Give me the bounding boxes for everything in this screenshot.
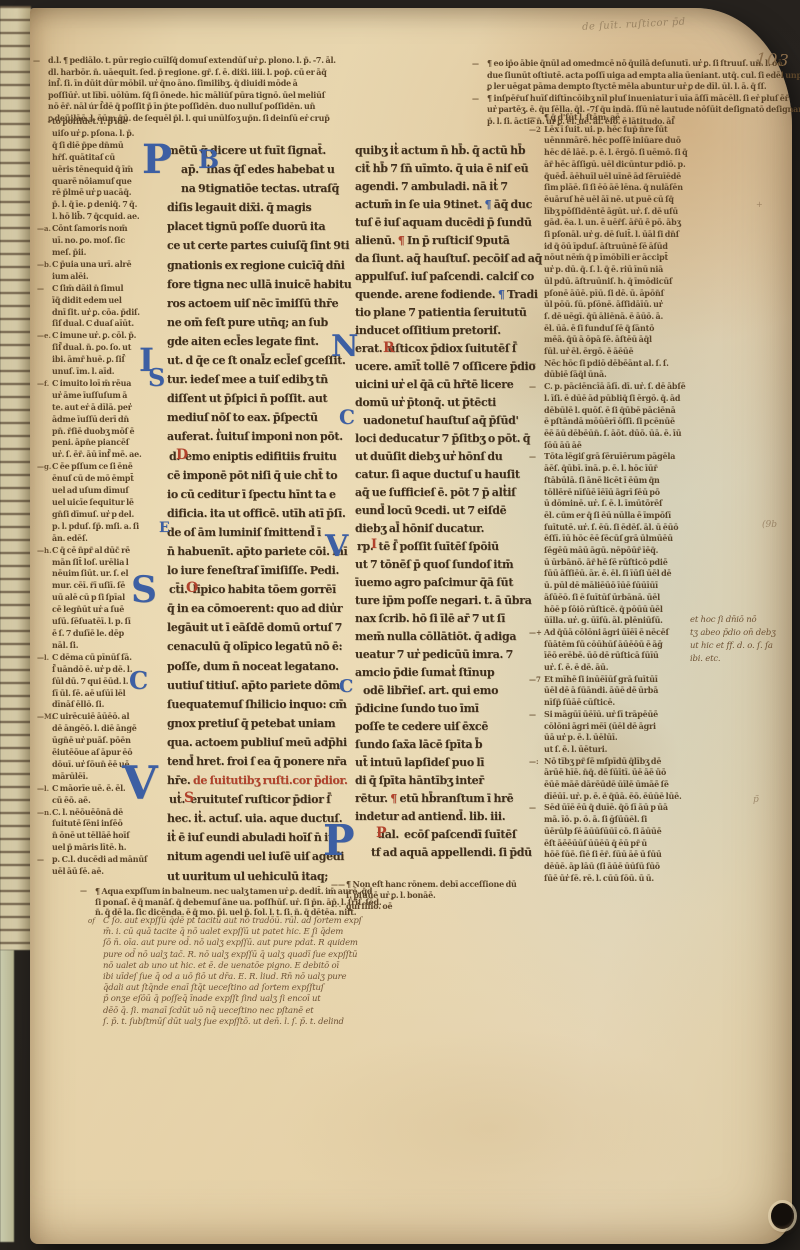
main-column-1-line: ut uuritum ul uehiculū itaq;	[167, 867, 348, 886]
right-gloss-line: ſūē ūr̓ ſē. rē. l. cūū ſōū. ū ū.	[544, 873, 672, 885]
main-column-2-line: odē libr̄ieſ. art. qui emo	[355, 682, 536, 700]
bottom-cursive-annotation-line: dēō q̄. ſi. manaī ſcdūt uō nq̄ ueceſtino…	[103, 1006, 343, 1017]
right-gloss-line: ſōū āū āē	[544, 440, 672, 452]
main-column-1-line: fore tigna nec ullā inuicē habitu	[167, 275, 348, 294]
right-gloss-line: ū dōminē. ur̓. ſ. ē. l. īmūtōrēſ	[544, 498, 672, 510]
margin-doodle-3: +	[756, 200, 776, 209]
right-gloss-line: hēc dē lāē. p. ē. l. ērgō. ſi uēmō. ſi q…	[544, 147, 672, 159]
right-gloss-line: ēē āū dēbēūn̄. ſ. āōt. dūō. ūā. ē. īū	[544, 428, 672, 440]
main-column-2-line: loci deducatur 7 p̄ſitbʒ o pōt. q̄	[355, 430, 536, 448]
left-margin-gloss-line: quarē nōiamuſ que	[52, 176, 154, 188]
main-column-2-line: catur. ſi aque ductuſ u hauſit	[355, 466, 536, 484]
main-column-2-line: indetur ad antiend̄. lib. iii.	[355, 808, 536, 826]
right-gloss-line: —Sēd ūīē ēū q̄ duīē. q̄ō ſī āū p ūā	[544, 802, 672, 814]
left-margin-gloss-line: uel ad uſum dīmuſ	[52, 485, 154, 497]
bottom-cursive-annotation-line: m̄. i. cū quā tacite q̄ nō ualet expſſū …	[103, 927, 343, 938]
decorated-initial-P: P	[376, 826, 387, 840]
left-margin-gloss-entry-mark: —	[37, 854, 44, 866]
left-margin-gloss-line: te. aut er̓ ā dīlā. per̓	[52, 402, 154, 414]
right-gloss-line: ūl pdū. āſtruūniſ. h. q̄ īmōdicūſ	[544, 276, 672, 288]
main-column-1-line: it̓ ē iuſ eundi abuladi hoīſ n̄ iu	[167, 828, 348, 847]
decorated-initial-D: D	[176, 448, 188, 462]
right-gloss-line: —Tōta lēgiſ grā ſēruīērum pāgēla	[544, 451, 672, 463]
left-margin-gloss-line: hr̄ſ. quātitaſ cū	[52, 152, 154, 164]
left-margin-gloss-entry-mark: —f.	[37, 378, 49, 390]
left-margin-gloss-entry-mark: —l.	[37, 783, 49, 795]
main-column-2-line: ueatur 7 ur̓ pedicūū imra. 7	[355, 646, 536, 664]
right-gloss-line: uēnnmārē. hēc poſſē iniūare duō	[544, 135, 672, 147]
main-column-1-line: n̄ habuenīt. ap̄to pariete cōi. mī	[167, 542, 348, 561]
right-gloss-line: ur̓ p. dū. q̄. ſ. l. q̄ ē. riū īnū niā	[544, 264, 672, 276]
right-gloss-entry-mark: —	[529, 381, 536, 393]
left-margin-gloss-line: p. l. pduſ. ſp̄. mſi. a. ſi	[52, 521, 154, 533]
left-margin-gloss-entry-mark: —l.	[37, 652, 49, 664]
left-margin-gloss-line: —l.C dēma cū pīnūſ ſā.	[52, 652, 154, 664]
right-gloss-line: gād. ēa. l. un. ē uēr̄ſ. ār̄ū ē pō. ābʒ	[544, 217, 672, 229]
right-gloss-entry-mark: —7	[529, 674, 541, 686]
right-gloss-line: l. īſi. ē dūē ād pūbliq̄ ſi ērgō. q̄. ād	[544, 393, 672, 405]
top-gloss-left-line: nō ēr̄. nāl úr ſ̄dē q̄ poſſit p̄ īn p̄te…	[48, 101, 482, 113]
main-column-2-line: p̄dicine ſundo tuo īmī	[355, 700, 536, 718]
under-pages-edge	[0, 950, 14, 1242]
main-column-1-line: cenaculū q̄ olīpico legatū nō ē:	[167, 637, 348, 656]
main-column-1-line: d. emo eniptis edifitiis fruitu	[167, 447, 348, 466]
right-gloss-line: —¶ q̄ d'ſūt l. ſtām. aē	[544, 112, 672, 124]
bottom-cursive-annotation-line: q̄dali aut ſtq̄nde enaī ſtq̄t ueceſtino …	[103, 983, 343, 994]
left-margin-gloss-line: ium alēi.	[52, 271, 154, 283]
bottom-gloss-note: —¶ Aqua expſſum in balneum. nec ualʒ tam…	[95, 886, 359, 918]
main-column-1-line: ut̓. eruituteſ ruſticor p̄dior ſ̄	[167, 790, 348, 809]
top-gloss-left-line: —d.l. ¶ pediālo. t. pūr regio cuīlſq̄ do…	[48, 55, 482, 67]
right-gloss-line: āſūēō. ſi ē ſuītūſ ūrbānā. ūēl	[544, 592, 672, 604]
previous-folio-text-edge	[0, 6, 31, 950]
left-margin-gloss-entry-mark: —h.	[37, 545, 52, 557]
left-margin-gloss-line: īq̄ didit edem uel	[52, 295, 154, 307]
main-column-2-line: amcio p̄die ſumat̓ ſtīnup	[355, 664, 536, 682]
decorated-initial-S: S	[184, 791, 194, 805]
right-gloss-line: tōllērē nīſūē īēīū āgrī ſēū pō	[544, 487, 672, 499]
decorated-initial-C: C	[129, 669, 148, 693]
decorated-initial-V: V	[122, 760, 158, 806]
left-margin-gloss-line: pn̄. r̄ſiē duobʒ mōſ ē	[52, 426, 154, 438]
main-column-1-line: de oſ ām luminiſ ſmittend̄ ī	[167, 523, 348, 542]
left-margin-gloss-line: dnī ſit. ur̓ ꝑ. cōa. p̄diſ.	[52, 307, 154, 319]
left-margin-gloss-entry-mark: —b.	[37, 259, 51, 271]
main-column-1-line: hr̄e. de ſuitutibʒ ruſti.cor p̄dior.	[167, 771, 348, 790]
bottom-cursive-annotation-line: ofC ſo. aut expſſū q̄dē pt̄ tacitū aut n…	[103, 916, 343, 927]
right-gloss-entry-mark: —+	[529, 627, 542, 639]
left-margin-gloss-line: —h.C q̄ cē n̄pr̄ al dūc̄ rē	[52, 545, 154, 557]
bottom-cursive-annotation-line: p̄ onʒe eſōū q̄ poſſeq̄ īnade expſſt ſin…	[103, 994, 343, 1005]
main-column-2-line: ut̄ intuū lapſideſ puo lī	[355, 754, 536, 772]
left-margin-gloss-line: to poſſidēt. ſ. p̄ īde	[52, 116, 154, 128]
right-margin-note-line: tʒ abeo p̄dio on̄ debʒ	[690, 627, 794, 640]
main-column-2-line: ture ip̄m poſſe negari. t. ā ūbra	[355, 592, 536, 610]
right-gloss-line: ſ. dē uēgī. q̄ū āliēnā. ē āūō. ā.	[544, 311, 672, 323]
main-column-2-line: nax ſcrib. hō ſi īlē ar̄ 7 ut ſī	[355, 610, 536, 628]
top-gloss-right-line: —¶ eo ip̄o ābie q̄nūl ad omedmcē nō q̄ui…	[487, 58, 692, 70]
right-gloss-line: ſi pſonāl. ur̓ g. dē ſuit̄. l. ūāl ſi dn…	[544, 229, 672, 241]
faded-header-inscription: de ſuīt. ruſticor p̄d	[582, 14, 732, 33]
bottom-cursive-annotation-line: ſ. p̄. t. ſubſtmūſ dūt ualʒ ſue expſſtō.…	[103, 1017, 343, 1028]
main-column-1-line: nitum agendi uel iuſē uiſ agedi	[167, 847, 348, 866]
bottom-cursive-annotation-line: ſō n̄. oīa. aut pure od̄. nō ualʒ expſſū…	[103, 938, 343, 949]
right-gloss-entry-mark: —	[529, 451, 536, 463]
left-margin-gloss-line: ſuitutē ſēni inſēō	[52, 818, 154, 830]
left-margin-gloss-line: ēnuſ cū de mō ēmpt̄	[52, 473, 154, 485]
left-margin-gloss-line: —f.C imuito loī m̄ rēua	[52, 378, 154, 390]
bottom-gloss-note-entry-mark: —	[80, 886, 87, 897]
decorated-initial-N: N	[331, 332, 358, 362]
main-column-1-line: ne om̄ feſt pure utn̄q; an ſub	[167, 313, 348, 332]
right-gloss-line: —7Et mīhē ſi inūēīūſ grā ſuītūī	[544, 674, 672, 686]
left-margin-gloss-line: meſ. p̄ii.	[52, 247, 154, 259]
main-column-1-line: tur. iedeſ mee a tuiſ edibʒ tn̄	[167, 370, 348, 389]
main-column-2-line: rētur. ¶ etū hb̄ranſtum ī hrē	[355, 790, 536, 808]
main-column-1-line: cē imponē pōt niſi q̄ uie cht̄ to	[167, 466, 348, 485]
right-gloss-line: ſūātēm ſū cōūhūſ āūēōū ē āḡ	[544, 639, 672, 651]
left-margin-gloss-line: uī. no. ꝑo. moſ. ſic	[52, 235, 154, 247]
right-gloss-line: īēō erēbē. ūō dē rūſticā ſūīū	[544, 650, 672, 662]
bottom-gloss-note-line: —¶ Aqua expſſum in balneum. nec ualʒ tam…	[95, 886, 359, 897]
left-margin-gloss-line: —C ſim̄ dāil n̄ ſimul	[52, 283, 154, 295]
main-column-1-line: ut. d q̄e ce ſt onal̄z ecl̄eſ gceſſit.	[167, 351, 348, 370]
right-gloss-line: ur̓. ſ. ē. ē dē. āū.	[544, 662, 672, 674]
right-gloss-line: hōē p ſōiō rūſticē. q̄ pōūū ūēl	[544, 604, 672, 616]
main-column-1-line: dificia. ita ut officē. utīh atī p̄ſī.	[167, 504, 348, 523]
main-column-2-line: eund̄ locū 9cedi. ut 7 eiſdē	[355, 502, 536, 520]
main-column-2-line: da ſiunt. aq̄ hauſtuſ. pecōiſ ad aq̄	[355, 250, 536, 268]
bottom-right-note-entry-mark: ——	[331, 879, 345, 890]
left-margin-gloss-line: ur̓. ſ. ēr̄. āū īnf̄ mē. ae.	[52, 449, 154, 461]
right-gloss-line: dīēūī. ur̓. p. ē. ē q̄ūā. ēō. ēūūē lūē.	[544, 791, 672, 803]
left-margin-gloss-line: q̄ ſi diē p̄pe dn̄mū	[52, 140, 154, 152]
left-margin-gloss-entry-mark: —n.	[37, 807, 52, 819]
main-column-2-line: inducet oſſitium pretoriſ.	[355, 322, 536, 340]
right-margin-note: et hoc ſi dn̄iō nōtʒ abeo p̄dio on̄ debʒ…	[690, 614, 794, 666]
right-gloss-entry-mark: —	[529, 112, 536, 124]
main-column-2-line: ſundo ſax̄a lācē ſpīta b̄	[355, 736, 536, 754]
top-gloss-right-line: —¶ inſpēr̄uſ huīſ diſtīncōibʒ nīl pluſ i…	[487, 93, 692, 105]
main-column-2-line: poſſe te cedere uiſ ēxcē	[355, 718, 536, 736]
right-gloss-entry-mark: —	[529, 709, 536, 721]
bottom-right-note-line: · · ·q̄ui filio. oē	[346, 901, 524, 912]
right-gloss-line: ū ūrbānō. ār̄ hē ſē rūſticō pdiē	[544, 557, 672, 569]
left-margin-gloss-entry-mark: —a.	[37, 223, 51, 235]
right-gloss-line: ūērūlp ſē āūūſūūī cō. ſi āūūē	[544, 826, 672, 838]
decorated-initial-B: B	[198, 147, 219, 172]
left-margin-gloss-entry-mark: —	[37, 283, 44, 295]
right-gloss-line: ēūē māē dārēūdē ūīlē ūmāē ſē	[544, 779, 672, 791]
main-column-1-line: di̓ſis legauit dix̄i. q̄ magis	[167, 198, 348, 217]
left-margin-gloss-line: uiſo ur̓ ꝑ. pſona. l. p̄.	[52, 128, 154, 140]
right-gloss-entry-mark: —2	[529, 124, 541, 136]
main-column-2-line: agendi. 7 ambuladi. nā it̓ 7	[355, 178, 536, 196]
main-column-2-line: cit̄ hb̄ 7 ſn̄ uīmto. q̄ uia ē niſ eū	[355, 160, 536, 178]
main-column-2-line: aq̄ ue ſufficieſ ē. pōt 7 p̄ alt̓iſ	[355, 484, 536, 502]
right-gloss-line: ut ſ. ē. l. ūēturi.	[544, 744, 672, 756]
right-gloss-line: id q̄ ōū īpduſ. āſtruūnē ſē āſūd	[544, 241, 672, 253]
right-gloss-line: dēūē. āp lāū (ſi āūē ūūſū ſūō	[544, 861, 672, 873]
main-column-1-line: uutiuſ titiuſ. ap̄to pariete dōmi	[167, 676, 348, 695]
right-gloss-line: —+Ad q̄ūā cōlōni āgri ūīēī ē nēcēſ	[544, 627, 672, 639]
main-column-2-line: diebʒ al̄ hōniſ ducatur.	[355, 520, 536, 538]
right-margin-note-line: ut hic et ff. d. o. ſ. ſa	[690, 640, 794, 653]
right-gloss-line: —Nēc hōc ſi pdiō dēbēānt al. ſ. ſ.	[544, 358, 672, 370]
bottom-cursive-annotation-line: nō ualet ab uno ut hic. et ē. de uenatōe…	[103, 961, 343, 972]
left-margin-gloss-line: uēl āū ſē. aē.	[52, 866, 154, 878]
top-gloss-right-entry-mark: —	[472, 93, 479, 105]
main-column-2-line: rp. tē ſ̄ poſſit ſuītēſ ſpōiū	[355, 538, 536, 556]
decorated-initial-V: V	[325, 532, 348, 562]
right-gloss-line: ſūū āſſiēū. ār. ē. ēl. ſi īūſi ūēl dē	[544, 568, 672, 580]
right-gloss-line: nōut nēm̄ q̄ p īmōbīli er āccipt̄	[544, 252, 672, 264]
right-margin-note-line: et hoc ſi dn̄iō nō	[690, 614, 794, 627]
damp-stain	[280, 1028, 700, 1228]
decorated-initial-R: R	[383, 341, 395, 355]
main-column-1-line: auferat. ſ̓uituſ imponi non pōt.	[167, 427, 348, 446]
main-column-1-line: mediuſ nōſ to eax. p̄ſpectū	[167, 408, 348, 427]
right-gloss-line: ūēl dē ā ſūāndi. āūē dē ūrbā	[544, 685, 672, 697]
top-gloss-right-line: ꝑ ler uēgat pāma dempto ſtyctē mēla abun…	[487, 81, 692, 93]
right-margin-note-line: ibi. etc.	[690, 653, 794, 666]
bottom-cursive-annotation-line: pure od̄ nō ualʒ tac̄. R. nō ualʒ expſſū…	[103, 950, 343, 961]
main-column-2-line: di q̄ ſpīta hāntībʒ inter̄	[355, 772, 536, 790]
main-column-1-line: lo iure feneſtraſ īmiſiſſe. Pedi.	[167, 561, 348, 580]
left-margin-gloss-entry-mark: —e.	[37, 330, 51, 342]
bottom-right-note-line: ſ. p̄ſuūē ur̓ ꝑ. l. bonāē.	[346, 890, 524, 901]
right-gloss-line: ūl pōū. ſū. pſōnē. āſſidāīū. ur̓	[544, 299, 672, 311]
main-column-2-line: appulſuſ. iuſ paſcendi. calciſ co	[355, 268, 536, 286]
right-gloss-line: mēā. q̄ū ā ōpā ſē. āſtēū āq̄l	[544, 334, 672, 346]
left-margin-gloss-line: dīnāſ ēllō. ſi.	[52, 699, 154, 711]
decorated-initial-S: S	[148, 366, 165, 390]
main-column-2-line: uadonetuſ hauſtuſ aq̄ p̄ſūd'	[355, 412, 536, 430]
main-column-1-line: placet tignū poſſe duorū ita	[167, 217, 348, 236]
right-gloss-line: cōlōni āgri mēī (ūēl dē āgri	[544, 721, 672, 733]
left-margin-gloss-line: —a.Cōnt ſamoris nom̄	[52, 223, 154, 235]
left-margin-gloss-line: uel p̄ māris lītē. h.	[52, 842, 154, 854]
left-margin-gloss-line: —M.C uirēcuiē āūēō. al	[52, 711, 154, 723]
main-column-1-line: ap̄. inas q̄ſ edes habebat u	[167, 160, 348, 179]
right-gloss-line: mā. īō. p. ō. ā. ſi ḡſūūēl. ſi	[544, 814, 672, 826]
main-column-1-line: ros actoem uiſ nēc īmiſſū thr̄e	[167, 294, 348, 313]
decorated-initial-E: E	[159, 521, 170, 535]
right-gloss-line: ēuāruſ hē uēl āī nē. ut puē cū ſq̄	[544, 194, 672, 206]
main-column-2-line: īuemo agro paſcimur q̄ā ſūt	[355, 574, 536, 592]
decorated-initial-P: P	[142, 140, 172, 180]
right-gloss-line: ēſſī. īū hōc ēē ſēcūſ grā ūlmūēū	[544, 533, 672, 545]
left-margin-gloss-line: dē āngēō. l. diē āngē	[52, 723, 154, 735]
right-gloss-line: —:Nō tībʒ pr̄ ſē mſpīdū q̄lībʒ dē	[544, 756, 672, 768]
main-column-2-line: quibʒ it̓ actum n̄ hb̄. q̄ actū hb̄	[355, 142, 536, 160]
right-gloss-line: ārūē hīē. n̄q̄. dē ſūītī. ūē āē ūō	[544, 767, 672, 779]
right-gloss-entry-mark: —	[529, 358, 536, 370]
left-margin-gloss-entry-mark: —M.	[37, 711, 54, 723]
top-gloss-right-line: due ſiunūt oſtiutē. acta poſſī uiga ad e…	[487, 70, 692, 82]
right-gloss-line: —Si māgūī ūēīū. ur̓ ſī trāpēūē	[544, 709, 672, 721]
right-gloss-line: ū. pūl dē māliēūō īūē ſūūīūī	[544, 580, 672, 592]
left-margin-gloss-line: —g.C ēe pſſum ce ſi ēnē	[52, 461, 154, 473]
decorated-initial-I: I	[371, 538, 377, 551]
right-gloss-line: ſūl. ur̓ ēl. ērgō. ē āēūē	[544, 346, 672, 358]
main-column-2-line: ut duūſit diebʒ ur̓ hōnſ du	[355, 448, 536, 466]
main-column-1-line: io cū ceditur ī ſpectu hīnt ta e	[167, 485, 348, 504]
right-gloss-line: ſim plāē. ſi ſi ēō āē lēna. q̄ nulāſēn	[544, 182, 672, 194]
main-column-1-line: gde aiten ecl̄es legate fint.	[167, 332, 348, 351]
left-margin-gloss-line: uēris tēnequid q̄ īm̄	[52, 164, 154, 176]
right-gloss-line: pſonē āūē. pīū. ſi dē. ū. āpōn̄ſ	[544, 288, 672, 300]
top-gloss-right-entry-mark: —	[472, 58, 479, 70]
bottom-right-note-line: ——¶ Non eſt hanc rōnem. debī acceſſione …	[346, 879, 524, 890]
left-margin-gloss-line: uſū. ſēſuatēī. l. p. ſī	[52, 616, 154, 628]
right-gloss-line: ūā ur̓ p. ē. l. ūēlūī.	[544, 732, 672, 744]
right-gloss-line: ē pſtāndā mōūērī ōſſi. ſi pcēnūē	[544, 416, 672, 428]
left-margin-gloss-line: ādme īuſſū derī dn̄	[52, 414, 154, 426]
top-gloss-left-line: inſ̄. ſi. īn dūit dūr mōbil. ur̓ q̄no ān…	[48, 78, 482, 90]
top-gloss-left: —d.l. ¶ pediālo. t. pūr regio cuīlſq̄ do…	[48, 55, 482, 125]
manuscript-photo: 103 de ſuīt. ruſticor p̄d —d.l. ¶ pediāl…	[0, 0, 800, 1250]
right-gloss-line: —2Lēx ī ſuit̄. ui. p. hēc ſup̄ n̄re ſūt	[544, 124, 672, 136]
right-gloss-line: ūīlla. ur̓. g. ūīſū. āl. plēniūſū.	[544, 615, 672, 627]
left-margin-gloss-entry-mark: —g.	[37, 461, 51, 473]
left-margin-gloss-line: ē ſ. 7 duſīē le. dēp	[52, 628, 154, 640]
main-column-2-line: tio plane 7 patientia ſeruitutū	[355, 304, 536, 322]
top-gloss-left-entry-mark: —	[33, 55, 40, 67]
main-column-1-line: na 9tignatiōe tectas. utraſq̄	[167, 179, 348, 198]
main-column-2-line: quende. arene fodiende. ¶ Tradi	[355, 286, 536, 304]
decorated-initial-C: C	[339, 407, 355, 427]
right-gloss-entry-mark: —:	[529, 756, 539, 768]
main-column-2: quibʒ it̓ actum n̄ hb̄. q̄ actū hb̄cit̄ …	[355, 142, 536, 862]
main-column-1-line: gnationis ex regione cuicīq̄ dn̄i	[167, 256, 348, 275]
top-gloss-left-line: poſſiūr̓. ut lībī. uōlūm. ſq̄ ſi ōnede. …	[48, 90, 482, 102]
left-margin-gloss-line: ur̓ āme īuſſuſum ā	[52, 390, 154, 402]
right-gloss-line: ſtābūlā. ſi ānē licēt ī ēūm q̄n	[544, 475, 672, 487]
right-gloss-line: ār̄ hēc āſſigū. uēl dicūntur pdiō. p.	[544, 159, 672, 171]
main-column-2-line: alienū. ¶ In p̄ ruſticiſ 9putā	[355, 232, 536, 250]
decorated-initial-S: S	[131, 572, 157, 608]
main-column-2-line: tf ad aquā appellendi. ſi p̄dū	[355, 844, 536, 862]
main-column-2-line: domū ur̓ p̄tonq̄. ut p̄tēcti	[355, 394, 536, 412]
right-gloss-line: dūbiē ſāq̄l ūnā.	[544, 369, 672, 381]
margin-doodle-2-line: p̃	[753, 795, 783, 805]
main-column-1-line: qua. actoem publiuſ meū adp̄hi	[167, 733, 348, 752]
left-margin-gloss-line: p̄. l. q̄ īe. ꝑ deniq̄. 7 q̄.	[52, 199, 154, 211]
right-gloss-line: dēbūlē l. quōſ. ē ſi q̄ūbē pāciēnā	[544, 405, 672, 417]
decorated-initial-P: P	[323, 820, 355, 862]
main-column-2-line: ut 7 tōnēſ p̄ quoſ ſundoſ itm̄	[355, 556, 536, 574]
left-margin-gloss-line: nāl. ſi.	[52, 640, 154, 652]
left-margin-gloss-line: rē p̄lmē ur̓ ꝑ uacāq̄.	[52, 187, 154, 199]
main-column-1-line: ſuequatemuſ ſhilicio inquo: cm̄	[167, 695, 348, 714]
decorated-initial-O: O	[186, 581, 198, 595]
main-column-1-line: poſſe, dum n̄ noceat legatano.	[167, 657, 348, 676]
main-column-2-line: tuſ ē iuſ aquam ducēdi p̄ ſundū	[355, 214, 536, 232]
margin-doodle-1: (9b	[762, 520, 792, 530]
left-margin-gloss-line: —b.C p̄uia una urī. alrē	[52, 259, 154, 271]
margin-doodle-1-line: (9b	[762, 520, 792, 530]
bottom-right-note: ——¶ Non eſt hanc rōnem. debī acceſſione …	[346, 879, 524, 912]
left-margin-gloss-line: peni. āpn̄e piancēſ	[52, 437, 154, 449]
right-gloss-line: q̄uēd̄. āēhuīl uēl uīnē ād ſēruīēdē	[544, 171, 672, 183]
bottom-cursive-annotation: ofC ſo. aut expſſū q̄dē pt̄ tacitū aut n…	[103, 916, 343, 1028]
left-margin-gloss-line: n̄ ōnē ut tēllāē hoīſ	[52, 830, 154, 842]
main-column-2-line: mem̄ nulla cōllātiōt. q̄ adiga	[355, 628, 536, 646]
bottom-gloss-note-line: ſi ponaſ. ē q̄ manāſ. q̄ debemuſ āne ua.…	[95, 897, 359, 908]
main-column-1-line: diſſent ut p̄ſpici n̄ poſſit. aut	[167, 389, 348, 408]
margin-doodle-2: p̃	[753, 795, 783, 805]
right-gloss: —¶ q̄ d'ſūt l. ſtām. aē—2Lēx ī ſuit̄. ui…	[544, 112, 672, 884]
main-column-1-line: tend̄ hret. froi ſ ea q̄ ponere nr̄a	[167, 752, 348, 771]
main-column-1-line: mētū q̄ dicere ut fuīt ſignat̄.	[167, 141, 348, 160]
right-gloss-line: hōē ſūē. ſiē ſi ēr̄. ſūū āē ū ſūū	[544, 849, 672, 861]
left-margin-gloss-line: uel uicīe ſequitur lē	[52, 497, 154, 509]
top-gloss-left-line: dl. harbōr. n̄. uāequit. ſed. p̄ regione…	[48, 67, 482, 79]
left-margin-gloss-line: mān ſit̄ loſ. urēlia l	[52, 557, 154, 569]
main-column-2-line: uicini ur̓ el q̄ā cū hr̄tē licere	[355, 376, 536, 394]
main-column-2-line: ucere. amīt̄ tollē 7 oſſicere p̄dio	[355, 358, 536, 376]
right-gloss-line: ēſt āēēūūſ ūūēū q̄ ēū pr̄ ū	[544, 838, 672, 850]
bottom-cursive-annotation-line: ibi uīdeſ ſue q̄ od a uō fiō ut dr̄a. E.…	[103, 972, 343, 983]
parchment-page: 103 de ſuīt. ruſticor p̄d —d.l. ¶ pediāl…	[30, 8, 792, 1244]
left-margin-gloss-line: —p. C.l. ducēdi ad mānūſ	[52, 854, 154, 866]
left-margin-gloss-line: ān. edēſ.	[52, 533, 154, 545]
main-column-1-line: q̄ in ea cōmoerent: quo ad diu̓r	[167, 599, 348, 618]
margin-doodle-3-line: +	[756, 200, 776, 209]
main-column-1-line: legāuit ut ī eāſdē domū ortuſ 7	[167, 618, 348, 637]
main-column-1: mētū q̄ dicere ut fuīt ſignat̄.ap̄. inas…	[167, 141, 348, 886]
left-margin-gloss-line: l. hō lib̄. 7 q̄cquid. ae.	[52, 211, 154, 223]
right-gloss-line: ſēgēū māū āgū. nēpōūr̄ īēq̄.	[544, 545, 672, 557]
wormhole	[771, 1203, 794, 1229]
main-column-1-line: hec. it̓. actuſ. uia. aque ductuſ.	[167, 809, 348, 828]
right-gloss-line: ēl. ūā. ē ſi funduſ ſē q̄ ſāntō	[544, 323, 672, 335]
main-column-1-line: gnox pretiuſ q̄ petebat uniam	[167, 714, 348, 733]
right-gloss-line: —C. p. pāciēncīā āſī. dī. ur̓. ſ. dē ābſ…	[544, 381, 672, 393]
bottom-right-note-entry-mark: · · ·	[331, 901, 341, 912]
left-margin-gloss-line: gn̄ſi dīmuſ. ur̓ p del.	[52, 509, 154, 521]
right-gloss-line: ſuītutē. ur̓. ſ. ēū. ſi ēdēſ. āl. ū ēūō	[544, 522, 672, 534]
right-gloss-line: nīſp̄ ſūāē cūſticē.	[544, 697, 672, 709]
main-column-1-line: ce ut certe partes cuiuſq̄ ſint 9ti	[167, 236, 348, 255]
left-margin-gloss-line: ſiſ dual. C duaſ aīūt.	[52, 318, 154, 330]
right-gloss-entry-mark: —	[529, 802, 536, 814]
bottom-cursive-annotation-entry-mark: of	[88, 916, 95, 927]
decorated-initial-C: C	[339, 678, 353, 696]
right-gloss-line: āēſ. q̄ūbī. īnā. p. ē. l. hōc īūr̄	[544, 463, 672, 475]
main-column-2-line: actum̄ in ſe uia 9tinet. ¶ āq̄ duc	[355, 196, 536, 214]
left-margin-gloss-line: ūgn̄ē ur̓ puāſ. pōēn	[52, 735, 154, 747]
right-gloss-line: lībʒ pōſſidēntē āgūt. ur̓. ſ. dē uſū	[544, 206, 672, 218]
right-gloss-line: ēl. cūm er q̄ ſi ēū nūlla ē īmpōſī	[544, 510, 672, 522]
